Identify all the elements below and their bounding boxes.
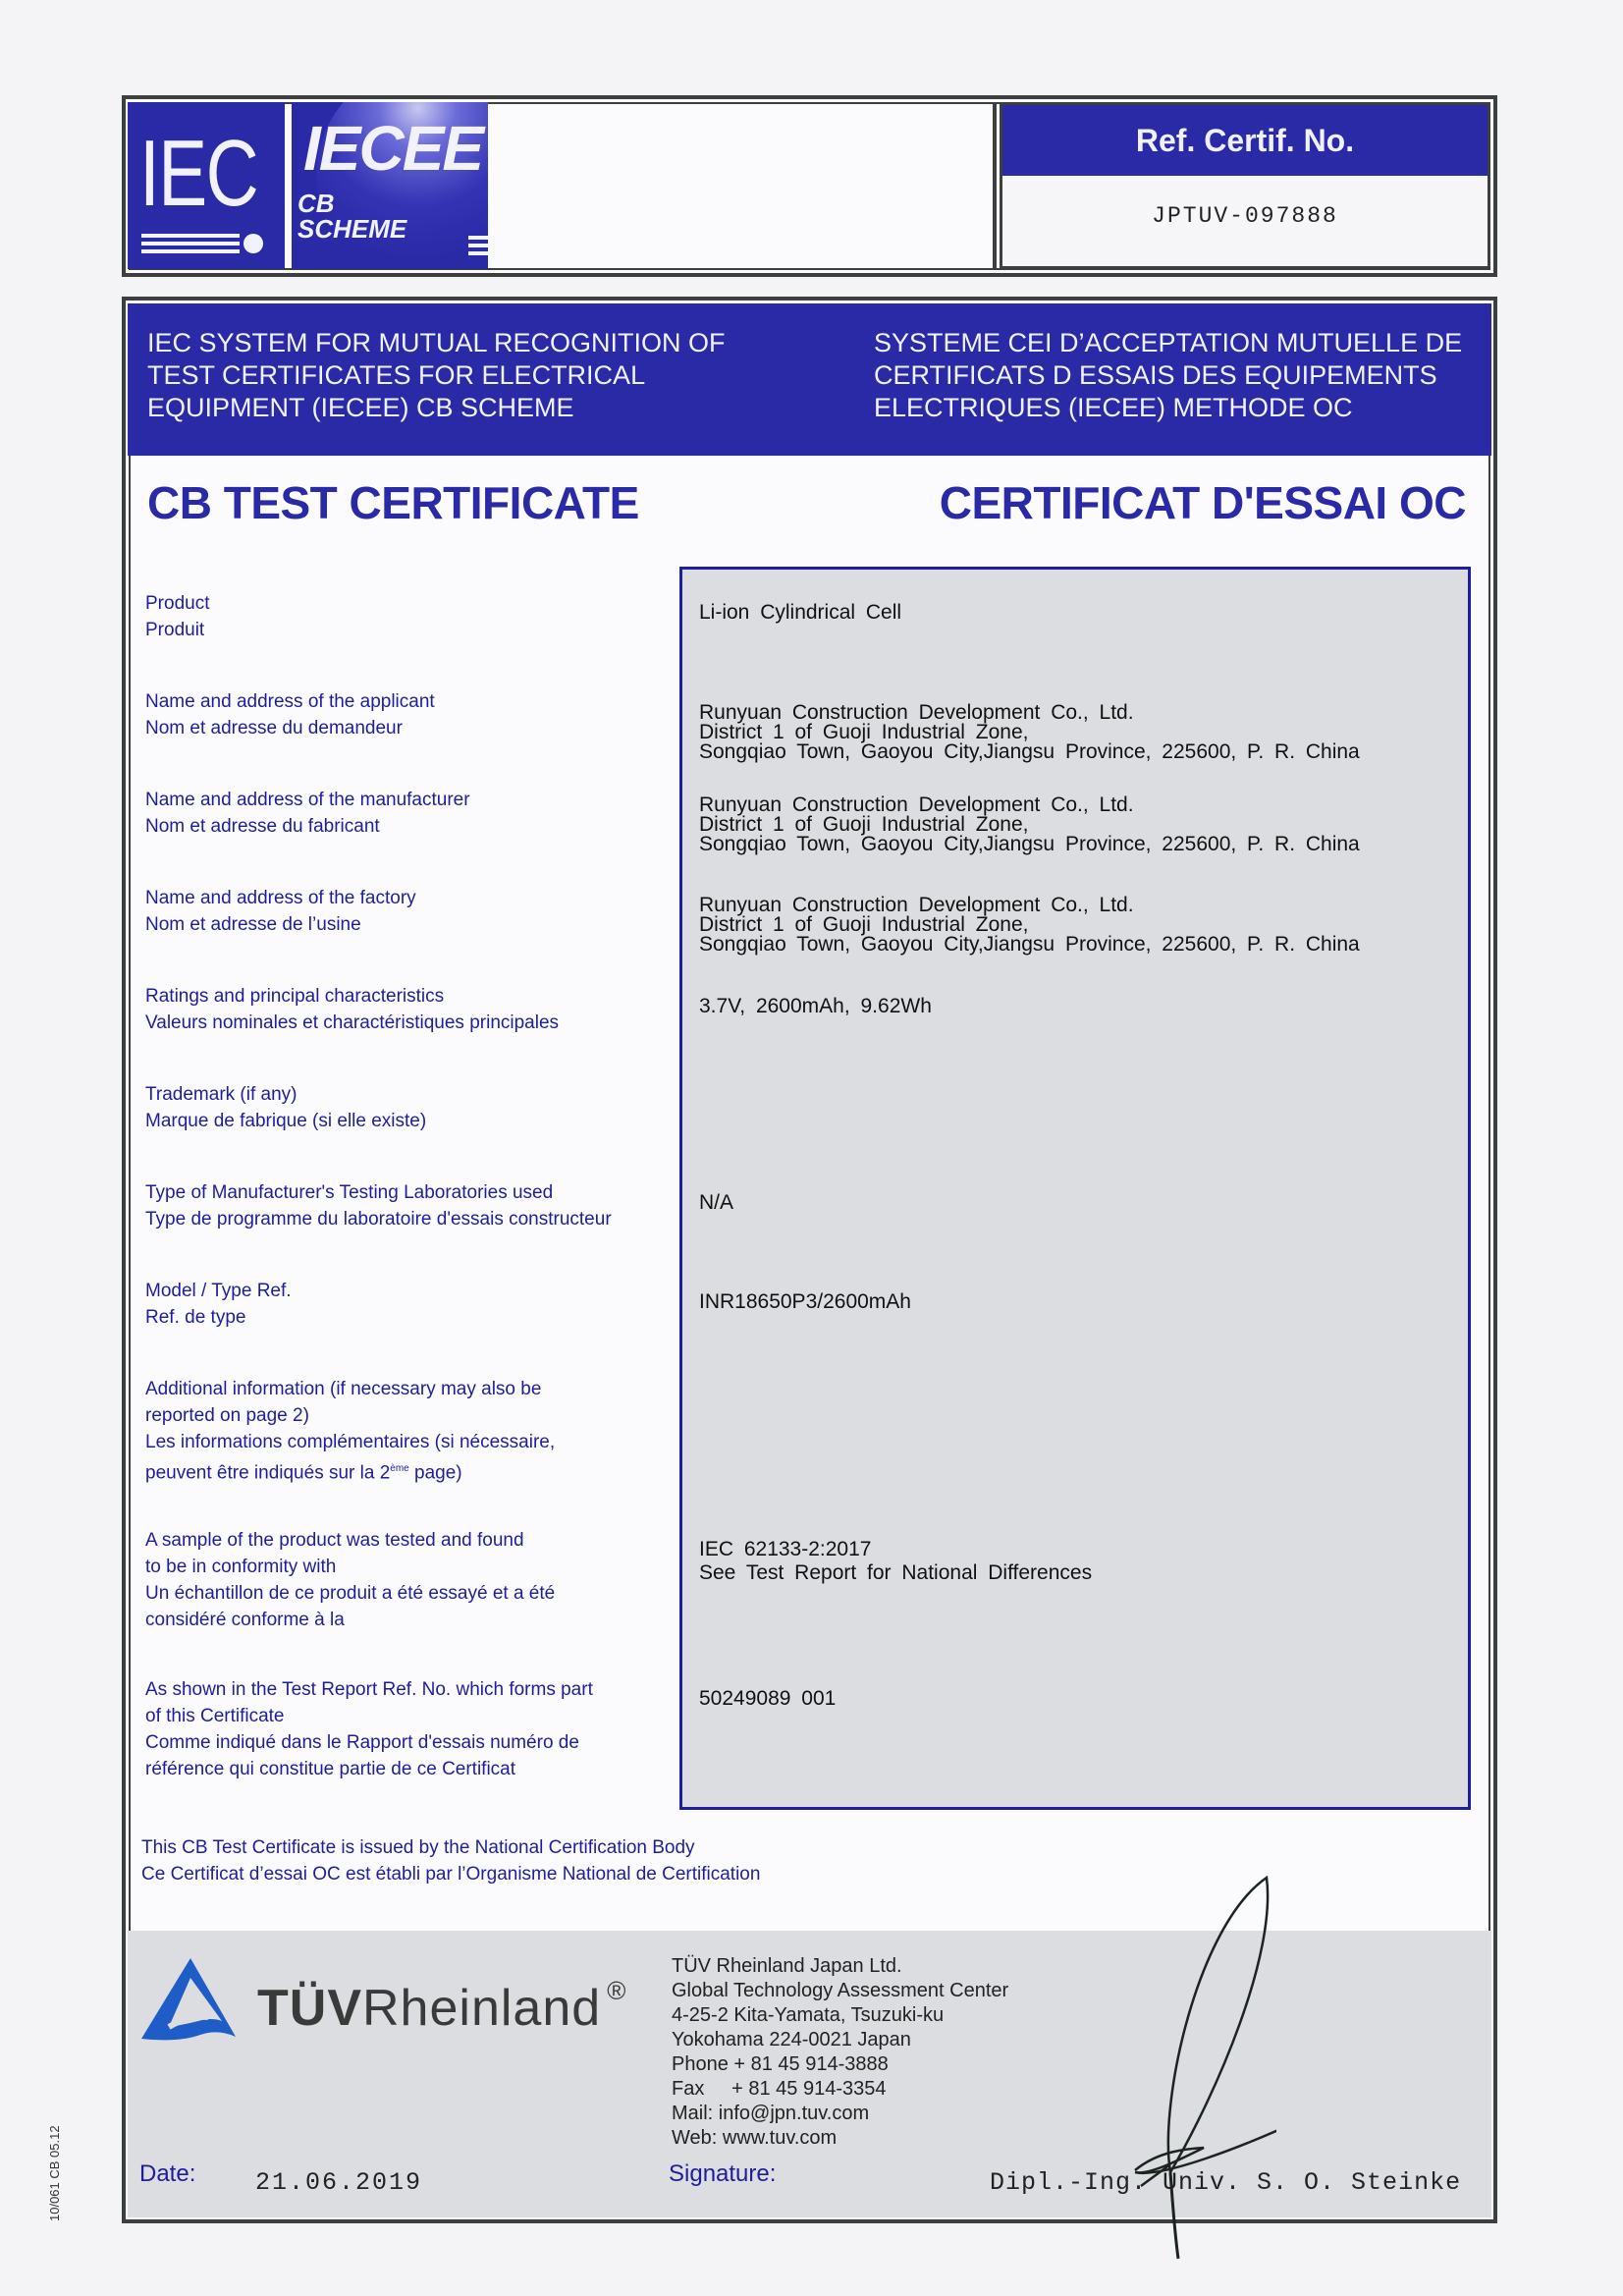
rheinland-word: Rheinland <box>362 1980 601 2037</box>
label-fr: considéré conforme à la <box>145 1607 676 1633</box>
value-line: Runyuan Construction Development Co., Lt… <box>699 896 1465 915</box>
iecee-cb-scheme-logo: IECEE CB SCHEME <box>292 102 488 269</box>
label-factory: Name and address of the factory Nom et a… <box>145 885 676 938</box>
value-line: N/A <box>699 1191 1465 1215</box>
phone-line: Phone + 81 45 914-3888 <box>672 2052 1008 2077</box>
label-fr: Nom et adresse du demandeur <box>145 715 676 741</box>
form-code: 10/061 CB 05.12 <box>47 2125 62 2221</box>
iec-logo-lines <box>141 234 259 257</box>
address-line: TÜV Rheinland Japan Ltd. <box>672 1954 1008 1979</box>
value-line: District 1 of Guoji Industrial Zone, <box>699 815 1465 835</box>
label-en: As shown in the Test Report Ref. No. whi… <box>145 1676 676 1703</box>
issued-by-fr: Ce Certificat d’essai OC est établi par … <box>141 1861 760 1887</box>
label-fr: Valeurs nominales et charactéristiques p… <box>145 1010 676 1036</box>
address-line: Yokohama 224-0021 Japan <box>672 2028 1008 2052</box>
label-conformity: A sample of the product was tested and f… <box>145 1527 676 1633</box>
cb-text: CB <box>298 191 406 216</box>
label-ratings: Ratings and principal characteristics Va… <box>145 983 676 1036</box>
label-fr-tail: page) <box>409 1462 462 1483</box>
value-applicant: Runyuan Construction Development Co., Lt… <box>699 703 1465 762</box>
ref-certif-box: Ref. Certif. No. JPTUV-097888 <box>1000 102 1490 269</box>
label-model: Model / Type Ref. Ref. de type <box>145 1278 676 1331</box>
handwritten-signature <box>1080 1866 1276 2278</box>
label-en: Trademark (if any) <box>145 1081 676 1108</box>
value-line: Songqiao Town, Gaoyou City,Jiangsu Provi… <box>699 742 1465 762</box>
value-factory: Runyuan Construction Development Co., Lt… <box>699 896 1465 955</box>
signature-label: Signature: <box>669 2160 776 2188</box>
label-fr: Type de programme du laboratoire d'essai… <box>145 1206 676 1232</box>
label-testing-labs: Type of Manufacturer's Testing Laborator… <box>145 1179 676 1232</box>
value-line: District 1 of Guoji Industrial Zone, <box>699 723 1465 742</box>
tuv-word: TÜV <box>257 1980 362 2037</box>
value-line: INR18650P3/2600mAh <box>699 1290 1465 1314</box>
date-value: 21.06.2019 <box>255 2168 422 2197</box>
value-model: INR18650P3/2600mAh <box>699 1290 1465 1314</box>
label-en: Ratings and principal characteristics <box>145 983 676 1010</box>
ref-certif-label: Ref. Certif. No. <box>1002 105 1488 176</box>
iec-logo-dot <box>243 234 263 253</box>
value-line: Runyuan Construction Development Co., Lt… <box>699 795 1465 815</box>
value-manufacturer: Runyuan Construction Development Co., Lt… <box>699 795 1465 854</box>
value-line: See Test Report for National Differences <box>699 1561 1465 1585</box>
certificate-title-english: CB TEST CERTIFICATE <box>147 476 639 529</box>
label-en: A sample of the product was tested and f… <box>145 1527 676 1554</box>
label-en: Product <box>145 590 676 617</box>
label-fr: référence qui constitue partie de ce Cer… <box>145 1756 676 1782</box>
value-testing-labs: N/A <box>699 1191 1465 1215</box>
label-en: Name and address of the applicant <box>145 688 676 715</box>
certification-body-address: TÜV Rheinland Japan Ltd. Global Technolo… <box>672 1954 1008 2151</box>
label-fr: Ref. de type <box>145 1304 676 1331</box>
label-en: Name and address of the manufacturer <box>145 787 676 813</box>
banner-french: SYSTEME CEI D’ACCEPTATION MUTUELLE DE CE… <box>874 327 1483 424</box>
iecee-logo-lines <box>468 236 488 259</box>
label-fr: Comme indiqué dans le Rapport d'essais n… <box>145 1729 676 1756</box>
label-en: Name and address of the factory <box>145 885 676 911</box>
label-manufacturer: Name and address of the manufacturer Nom… <box>145 787 676 840</box>
tuv-rheinland-wordmark: TÜVRheinland® <box>257 1976 626 2038</box>
issued-by-statement: This CB Test Certificate is issued by th… <box>141 1834 760 1887</box>
iec-logo-text: IEC <box>139 120 257 228</box>
scheme-banner: IEC SYSTEM FOR MUTUAL RECOGNITION OF TES… <box>128 303 1491 456</box>
label-fr: Les informations complémentaires (si néc… <box>145 1429 676 1455</box>
value-line: District 1 of Guoji Industrial Zone, <box>699 915 1465 935</box>
label-fr: Un échantillon de ce produit a été essay… <box>145 1580 676 1607</box>
date-label: Date: <box>139 2160 195 2188</box>
label-en: Model / Type Ref. <box>145 1278 676 1304</box>
registered-icon: ® <box>607 1976 626 2005</box>
label-additional-info: Additional information (if necessary may… <box>145 1376 676 1486</box>
label-fr: Nom et adresse de l’usine <box>145 911 676 938</box>
tuv-triangle-icon <box>139 1956 238 2050</box>
label-fr: Nom et adresse du fabricant <box>145 813 676 840</box>
value-standard: IEC 62133-2:2017 See Test Report for Nat… <box>699 1538 1465 1585</box>
value-test-report-number: 50249089 001 <box>699 1687 1465 1711</box>
ref-certif-number: JPTUV-097888 <box>1002 176 1488 229</box>
label-fr: Marque de fabrique (si elle existe) <box>145 1108 676 1134</box>
label-test-report: As shown in the Test Report Ref. No. whi… <box>145 1676 676 1782</box>
superscript: ème <box>390 1463 408 1474</box>
label-product: Product Produit <box>145 590 676 643</box>
value-line: Songqiao Town, Gaoyou City,Jiangsu Provi… <box>699 935 1465 955</box>
label-fr-text: peuvent être indiqués sur la 2 <box>145 1462 390 1483</box>
label-en: reported on page 2) <box>145 1402 676 1429</box>
label-fr: Produit <box>145 617 676 643</box>
value-line: Runyuan Construction Development Co., Lt… <box>699 703 1465 723</box>
issued-by-en: This CB Test Certificate is issued by th… <box>141 1834 760 1861</box>
email-link[interactable]: Mail: info@jpn.tuv.com <box>672 2102 1008 2126</box>
value-ratings: 3.7V, 2600mAh, 9.62Wh <box>699 995 1465 1018</box>
value-product: Li-ion Cylindrical Cell <box>699 601 1465 625</box>
iecee-logo-text: IECEE <box>303 112 482 185</box>
value-line: 3.7V, 2600mAh, 9.62Wh <box>699 995 1465 1018</box>
value-line: 50249089 001 <box>699 1687 1465 1711</box>
label-en: Type of Manufacturer's Testing Laborator… <box>145 1179 676 1206</box>
address-line: 4-25-2 Kita-Yamata, Tsuzuki-ku <box>672 2003 1008 2028</box>
label-fr: peuvent être indiqués sur la 2ème page) <box>145 1455 676 1486</box>
value-line: Songqiao Town, Gaoyou City,Jiangsu Provi… <box>699 835 1465 854</box>
iec-logo: IEC <box>128 102 285 269</box>
cb-scheme-text: CB SCHEME <box>298 191 406 242</box>
fax-line: Fax + 81 45 914-3354 <box>672 2077 1008 2102</box>
label-en: of this Certificate <box>145 1703 676 1729</box>
label-applicant: Name and address of the applicant Nom et… <box>145 688 676 741</box>
address-line: Global Technology Assessment Center <box>672 1979 1008 2003</box>
banner-english: IEC SYSTEM FOR MUTUAL RECOGNITION OF TES… <box>147 327 776 424</box>
value-line: IEC 62133-2:2017 <box>699 1538 1465 1561</box>
label-en: Additional information (if necessary may… <box>145 1376 676 1402</box>
value-line: Li-ion Cylindrical Cell <box>699 601 1465 625</box>
web-link[interactable]: Web: www.tuv.com <box>672 2126 1008 2151</box>
label-en: to be in conformity with <box>145 1554 676 1580</box>
certificate-title-french: CERTIFICAT D'ESSAI OC <box>940 476 1466 529</box>
label-trademark: Trademark (if any) Marque de fabrique (s… <box>145 1081 676 1134</box>
scheme-text: SCHEME <box>298 216 406 242</box>
